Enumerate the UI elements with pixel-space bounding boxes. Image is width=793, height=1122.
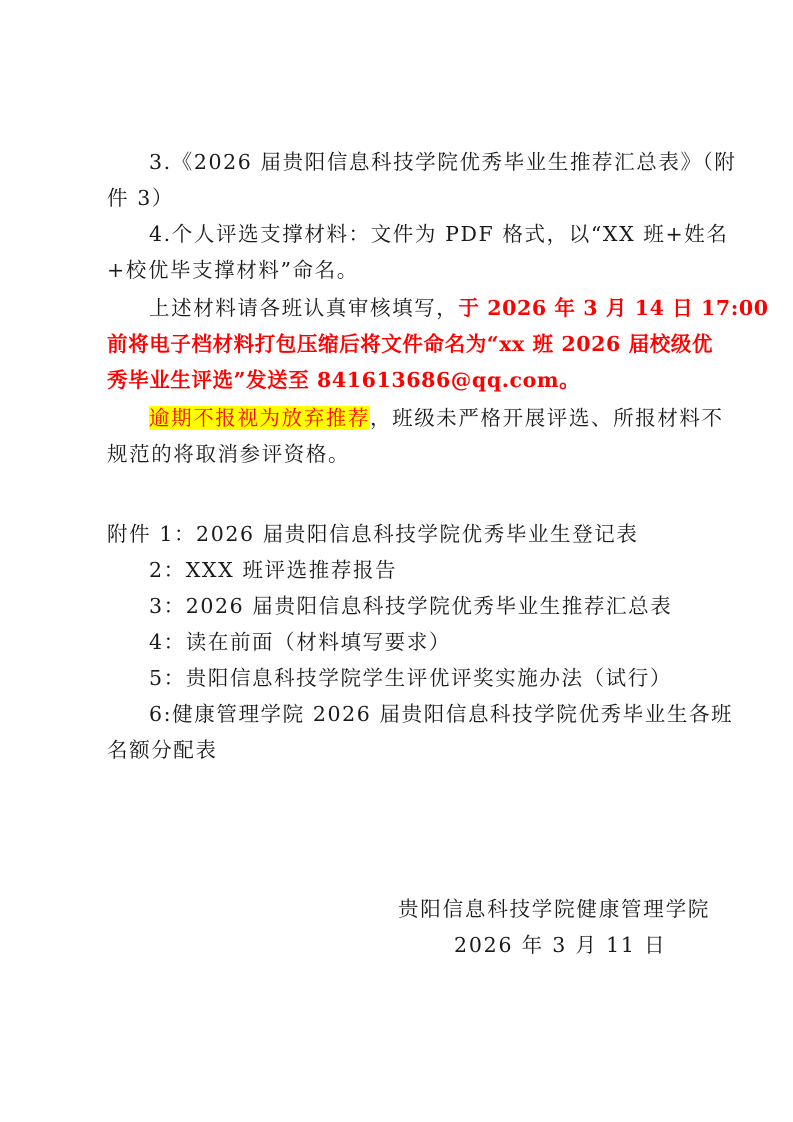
instruction-text: 上述材料请各班认真审核填写， <box>149 296 458 320</box>
instruction-line-2: 前将电子档材料打包压缩后将文件命名为“xx 班 2026 届校级优 <box>107 330 701 358</box>
document-page: 3.《2026 届贵阳信息科技学院优秀毕业生推荐汇总表》（附 件 3） 4.个人… <box>0 0 793 1122</box>
signature-organization: 贵阳信息科技学院健康管理学院 <box>398 895 710 923</box>
item-4-line-1: 4.个人评选支撑材料：文件为 PDF 格式，以“XX 班+姓名 <box>107 220 743 248</box>
warning-line-1: 逾期不报视为放弃推荐，班级未严格开展评选、所报材料不 <box>107 404 743 432</box>
attachment-6-line-1: 6:健康管理学院 2026 届贵阳信息科技学院优秀毕业生各班 <box>107 700 743 728</box>
attachment-3: 3：2026 届贵阳信息科技学院优秀毕业生推荐汇总表 <box>107 592 743 620</box>
instruction-line-3: 秀毕业生评选”发送至 841613686@qq.com。 <box>107 366 701 394</box>
warning-highlight: 逾期不报视为放弃推荐 <box>149 406 370 430</box>
signature-date: 2026 年 3 月 11 日 <box>454 931 666 959</box>
attachment-4: 4：读在前面（材料填写要求） <box>107 628 743 656</box>
item-3-line-2: 件 3） <box>107 184 701 212</box>
instruction-line-1: 上述材料请各班认真审核填写，于 2026 年 3 月 14 日 17:00 <box>107 294 743 322</box>
attachment-6-line-2: 名额分配表 <box>107 736 701 764</box>
attachment-1: 附件 1：2026 届贵阳信息科技学院优秀毕业生登记表 <box>107 520 701 548</box>
item-3-line-1: 3.《2026 届贵阳信息科技学院优秀毕业生推荐汇总表》（附 <box>107 148 743 176</box>
warning-line-2: 规范的将取消参评资格。 <box>107 440 701 468</box>
attachment-5: 5：贵阳信息科技学院学生评优评奖实施办法（试行） <box>107 664 743 692</box>
item-4-line-2: +校优毕支撑材料”命名。 <box>107 256 701 284</box>
warning-text: ，班级未严格开展评选、所报材料不 <box>370 406 724 430</box>
attachment-2: 2：XXX 班评选推荐报告 <box>107 556 743 584</box>
deadline-text: 于 2026 年 3 月 14 日 17:00 <box>458 296 768 320</box>
